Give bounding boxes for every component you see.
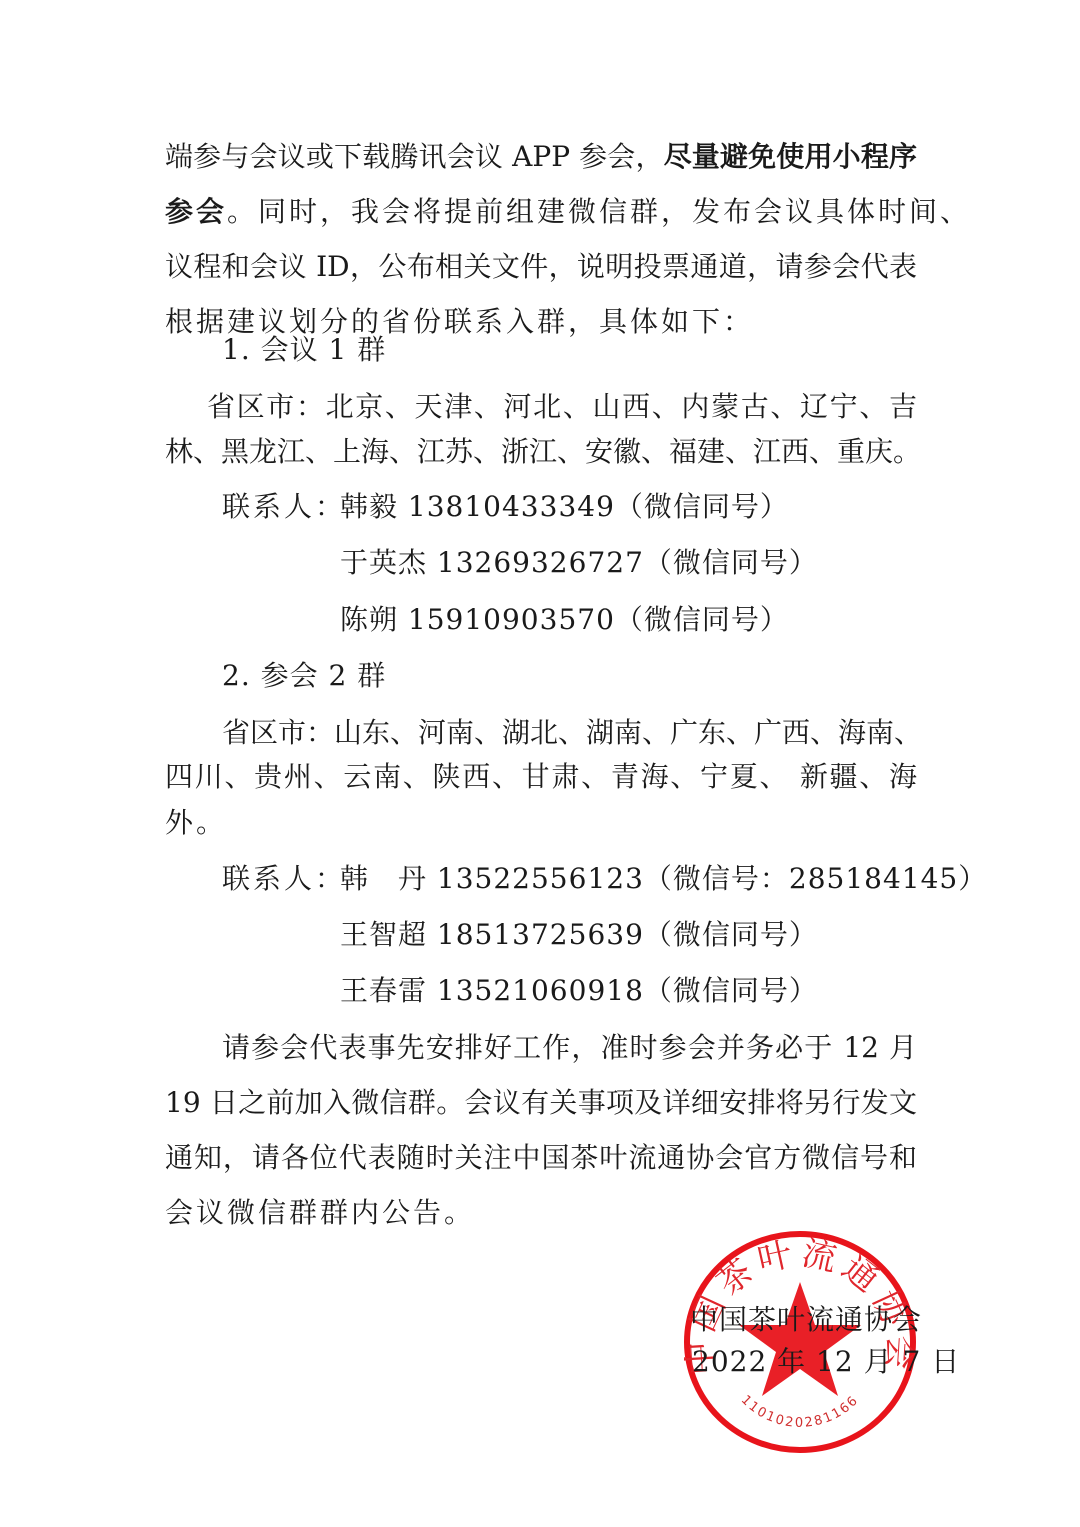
contact-note: （微信同号） <box>644 918 818 951</box>
group-2-regions-line-1: 省区市：山东、河南、湖北、湖南、广东、广西、海南、 <box>222 715 917 751</box>
contact-note: （微信号：285184145） <box>644 862 987 895</box>
group-2-contact-2: 王智超 18513725639（微信同号） <box>340 917 818 953</box>
contact-note: （微信同号） <box>615 490 789 523</box>
contact-name: 王智超 <box>340 918 427 951</box>
intro-line-2-plain: 。同时，我会将提前组建微信群，发布会议具体时间、 <box>227 195 971 228</box>
contact-phone: 13810433349 <box>408 490 615 523</box>
group-1-regions-line-2: 林、黑龙江、上海、江苏、浙江、安徽、福建、江西、重庆。 <box>165 434 917 470</box>
contact-name: 于英杰 <box>340 546 427 579</box>
intro-line-1: 端参与会议或下载腾讯会议 APP 参会，尽量避免使用小程序 <box>165 139 917 175</box>
group-1-contact-1: 韩毅 13810433349（微信同号） <box>340 489 789 525</box>
signature-organization: 中国茶叶流通协会 <box>690 1302 922 1338</box>
group-2-contact-1: 韩 丹 13522556123（微信号：285184145） <box>340 861 987 897</box>
intro-line-2-bold: 参会 <box>165 195 227 228</box>
group-1-contacts-label: 联系人： <box>222 489 346 525</box>
contact-note: （微信同号） <box>644 546 818 579</box>
group-1-title: 1. 会议 1 群 <box>222 332 386 368</box>
contact-name: 陈朔 <box>340 603 398 636</box>
contact-phone: 13269326727 <box>437 546 644 579</box>
contact-phone: 15910903570 <box>408 603 615 636</box>
signature-date: 2022 年 12 月 7 日 <box>692 1344 960 1380</box>
closing-line-1: 请参会代表事先安排好工作，准时参会并务必于 12 月 <box>222 1030 917 1066</box>
contact-name: 韩毅 <box>340 490 398 523</box>
contact-phone: 18513725639 <box>437 918 644 951</box>
official-seal-stamp: 中国茶叶流通协会 1101020281166 <box>683 1230 917 1454</box>
group-2-regions-line-2: 四川、贵州、云南、陕西、甘肃、青海、宁夏、 新疆、海 <box>165 759 917 795</box>
contact-note: （微信同号） <box>615 603 789 636</box>
intro-line-2: 参会。同时，我会将提前组建微信群，发布会议具体时间、 <box>165 194 971 230</box>
contact-name: 王春雷 <box>340 974 427 1007</box>
intro-line-1-plain: 端参与会议或下载腾讯会议 APP 参会， <box>165 140 664 173</box>
group-2-title: 2. 参会 2 群 <box>222 658 386 694</box>
group-1-contact-2: 于英杰 13269326727（微信同号） <box>340 545 818 581</box>
group-2-contact-3: 王春雷 13521060918（微信同号） <box>340 973 818 1009</box>
intro-line-1-bold: 尽量避免使用小程序 <box>664 140 917 173</box>
intro-line-3: 议程和会议 ID，公布相关文件，说明投票通道，请参会代表 <box>165 249 917 285</box>
contact-name: 韩 丹 <box>340 862 427 895</box>
contact-phone: 13521060918 <box>437 974 644 1007</box>
closing-line-4: 会议微信群群内公告。 <box>165 1195 475 1231</box>
contact-phone: 13522556123 <box>437 862 644 895</box>
group-2-regions-line-3: 外。 <box>165 805 227 841</box>
closing-line-2: 19 日之前加入微信群。会议有关事项及详细安排将另行发文 <box>165 1085 917 1121</box>
group-1-regions-line-1: 省区市：北京、天津、河北、山西、内蒙古、辽宁、吉 <box>207 389 917 425</box>
group-2-contacts-label: 联系人： <box>222 861 346 897</box>
group-1-contact-3: 陈朔 15910903570（微信同号） <box>340 602 789 638</box>
closing-line-3: 通知，请各位代表随时关注中国茶叶流通协会官方微信号和 <box>165 1140 917 1176</box>
seal-serial: 1101020281166 <box>738 1393 862 1431</box>
contact-note: （微信同号） <box>644 974 818 1007</box>
